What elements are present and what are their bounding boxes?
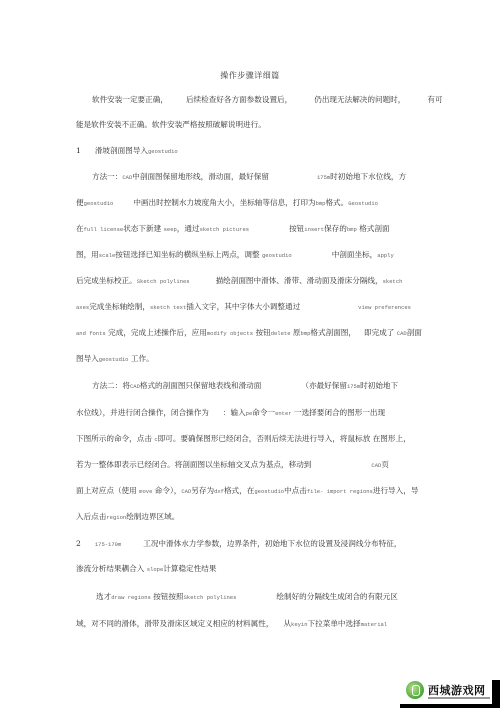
- text: bmp: [301, 330, 311, 337]
- text: Geostudio: [348, 200, 378, 207]
- text: seep: [164, 226, 177, 233]
- method1-line-8: 图导入geostudio 工作。: [76, 354, 154, 365]
- text: 进行导入，导: [373, 486, 419, 495]
- text: 在图形上，: [373, 434, 411, 443]
- text: 按钮: [289, 224, 304, 233]
- text: bmp: [347, 226, 357, 233]
- text: 工作。: [131, 354, 154, 363]
- text: 绘制好的分隔线生成闭合的有限元区: [276, 592, 398, 601]
- text: geostudio: [254, 488, 284, 495]
- text: modify objects: [207, 330, 253, 337]
- text: geostudio: [84, 200, 114, 207]
- method2-line-6: 入后点击region绘制边界区域。: [76, 512, 179, 523]
- text: 完成，完成上述操作后，应用: [108, 328, 207, 337]
- text: 水位线），并进行闭合操作，闭合操作为: [76, 408, 209, 417]
- method1-line-7: and fonts 完成，完成上述操作后，应用modify objects 按钮…: [76, 328, 422, 339]
- text: 滑坡剖面图导入: [95, 146, 148, 155]
- intro-line-2: 能是软件安装不正确。软件安装严格按照破解说明进行。: [76, 120, 266, 130]
- text: material: [361, 621, 387, 628]
- text: keyin: [291, 621, 308, 628]
- method1-line-3: 在full license状态下新建 seep，通过sketch picture…: [76, 224, 390, 235]
- text: sketch: [383, 278, 403, 285]
- text: apply: [377, 252, 394, 259]
- text: 选才: [96, 592, 111, 601]
- text: 图，用: [76, 250, 99, 259]
- text: 175m: [347, 383, 360, 390]
- text: 在: [76, 224, 84, 233]
- text: CAD: [130, 383, 140, 390]
- text: 格式剖面图，: [310, 328, 356, 337]
- text: 时初始地下水位线，方: [330, 172, 406, 181]
- text: 下拉菜单中选择: [308, 619, 361, 628]
- method2-line-1: 方法二：将CAD格式的剖面图只保留地表线和滑动面（亦最好保留175m时初始地下: [92, 381, 398, 392]
- text: 格式。: [325, 198, 348, 207]
- text: 方法二：: [92, 381, 122, 390]
- text: CAD: [397, 330, 407, 337]
- site-watermark: 西城游戏网: [400, 676, 492, 704]
- text: 命令一: [252, 408, 275, 417]
- text: 插入文字，其中字体大小调整通过: [186, 302, 300, 311]
- text: 软件安装一定要正确，: [92, 95, 168, 104]
- text: and fonts: [76, 330, 106, 337]
- text: insert: [304, 226, 324, 233]
- text: 从: [283, 619, 291, 628]
- text: 按钮按照: [153, 592, 183, 601]
- text: 描绘剖面图中滑体、滑带、滑动面及滑床分隔线，: [216, 276, 383, 285]
- document-title: 操作步骤详细篇: [0, 70, 500, 81]
- text: CAD: [371, 462, 381, 469]
- text: bmp: [316, 200, 326, 207]
- text: file- import regions: [307, 488, 373, 495]
- intro-line-1: 软件安装一定要正确，后续检查好各方面参数设置后，仍出现无法解决的问题时，有可: [92, 95, 443, 105]
- text: 入后点击: [76, 512, 106, 521]
- text: 中剖面图保留地形线，滑动面，最好保留: [132, 172, 269, 181]
- section-2-line-2: 渗流分析结果耦合入 slope计算稳定性结果: [76, 564, 216, 575]
- text: 按钮选择已知坐标的横纵坐标上两点，调整: [115, 250, 259, 259]
- watermark-site-name: 西城游戏网: [428, 682, 486, 698]
- text: 175m: [317, 174, 330, 181]
- text: 格式剖面: [359, 224, 389, 233]
- method2-line-3: 下图所示的命令，点击 c即可。要确保图形已经闭合，否则后续无法进行导入，将鼠标放…: [76, 434, 411, 445]
- text: slope: [147, 566, 164, 573]
- text: 时初始地下: [360, 381, 398, 390]
- section-2-line-1: 2175-170m工况中滑体水力学参数，边界条件，初始地下水位的设置及浸润线分布…: [76, 539, 401, 550]
- text: 下图所示的命令，点击: [76, 434, 152, 443]
- text: Sketch polylines: [137, 278, 190, 285]
- text: 面上对应点（使用: [76, 486, 137, 495]
- text: geostudio: [99, 356, 129, 363]
- text: 计算稳定性结果: [163, 564, 216, 573]
- text: 域，对不同的滑体，滑带及滑床区域定义相应的材料属性，: [76, 619, 273, 628]
- text: 方法一：: [92, 172, 122, 181]
- text: 原: [293, 328, 301, 337]
- text: 中剖面坐标，: [332, 250, 378, 259]
- text: ：输入: [223, 408, 246, 417]
- text: 有可: [427, 95, 442, 104]
- text: 渗流分析结果耦合入: [76, 564, 144, 573]
- method2-line-5: 面上对应点（使用 move 命令），CAD另存为dxf格式，在geostudio…: [76, 486, 418, 497]
- text: 绘制边界区域。: [126, 512, 179, 521]
- text: 格式，在: [224, 486, 254, 495]
- section-number: 1: [76, 146, 81, 155]
- text: axes: [76, 304, 89, 311]
- text: （亦最好保留: [301, 381, 347, 390]
- text: delete: [271, 330, 291, 337]
- section-1-heading: 1滑坡剖面图导入geostudio: [76, 146, 178, 157]
- text: 保存的: [324, 224, 347, 233]
- leaf-logo-icon: [406, 681, 424, 699]
- text: 另存为: [191, 486, 214, 495]
- text: 即可。要确保图形已经闭合，否则后续无法进行导入，将鼠标放: [158, 434, 371, 443]
- text: 将: [122, 381, 130, 390]
- text: 工况中滑体水力学参数，边界条件，初始地下水位的设置及浸润线分布特征，: [143, 539, 401, 548]
- section-number: 2: [76, 539, 81, 548]
- text: 按钮: [256, 328, 271, 337]
- text: move: [139, 488, 152, 495]
- step-line-1: 选才draw regions 按钮按照Sketch polylines绘制好的分…: [96, 592, 398, 603]
- text: view preferences: [358, 304, 411, 311]
- text: enter: [275, 410, 292, 417]
- text: Sketch polylines: [184, 594, 237, 601]
- text: 后完成坐标校正。: [76, 276, 137, 285]
- method1-line-1: 方法一：CAD中剖面图保留地形线，滑动面，最好保留175m时初始地下水位线，方: [92, 172, 406, 183]
- text: ，通过: [177, 224, 200, 233]
- text: 即完成了: [364, 328, 394, 337]
- step-line-2: 域，对不同的滑体，滑带及滑床区域定义相应的材料属性，从keyin下拉菜单中选择m…: [76, 619, 387, 630]
- text: 剖面: [407, 328, 422, 337]
- text: 后续检查好各方面参数设置后，: [186, 95, 292, 104]
- text: 图导入: [76, 354, 99, 363]
- text: 状态下新建: [123, 224, 161, 233]
- text: 一选择要闭合的图形一出现: [294, 408, 385, 417]
- text: sketch text: [150, 304, 186, 311]
- text: 若为一整体即表示已经闭合。将剖面图以坐标轴交叉点为基点，移动到: [76, 460, 311, 469]
- text: CAD: [181, 488, 191, 495]
- text: 命令），: [155, 486, 182, 495]
- method2-line-4: 若为一整体即表示已经闭合。将剖面图以坐标轴交叉点为基点，移动到CAD页: [76, 460, 389, 471]
- text: 页: [381, 460, 389, 469]
- text: 便: [76, 198, 84, 207]
- text: sketch pictures: [200, 226, 250, 233]
- text: geostudio: [262, 252, 292, 259]
- text: 仍出现无法解决的问题时，: [314, 95, 405, 104]
- text: draw regions: [111, 594, 151, 601]
- method1-line-6: axes完成坐标轴绘制，sketch text插入文字，其中字体大小调整通过vi…: [76, 302, 411, 313]
- text: full license: [84, 226, 124, 233]
- text: 中点击: [284, 486, 307, 495]
- text: 175-170m: [95, 541, 121, 548]
- method2-line-2: 水位线），并进行闭合操作，闭合操作为：输入pe命令一enter 一选择要闭合的图…: [76, 408, 385, 419]
- method1-line-5: 后完成坐标校正。Sketch polylines描绘剖面图中滑体、滑带、滑动面及…: [76, 276, 402, 287]
- document-page: 操作步骤详细篇 软件安装一定要正确，后续检查好各方面参数设置后，仍出现无法解决的…: [0, 0, 500, 708]
- text: geostudio: [148, 148, 178, 155]
- text: 格式的剖面图只保留地表线和滑动面: [140, 381, 262, 390]
- text: CAD: [122, 174, 132, 181]
- text: 中画出时控制水力坡度角大小，坐标轴等信息，打印为: [133, 198, 315, 207]
- text: scale: [99, 252, 116, 259]
- method1-line-2: 便geostudio中画出时控制水力坡度角大小，坐标轴等信息，打印为bmp格式。…: [76, 198, 378, 209]
- text: dxf: [214, 488, 224, 495]
- text: 完成坐标轴绘制，: [89, 302, 150, 311]
- text: region: [106, 514, 126, 521]
- method1-line-4: 图，用scale按钮选择已知坐标的横纵坐标上两点，调整 geostudio中剖面…: [76, 250, 394, 261]
